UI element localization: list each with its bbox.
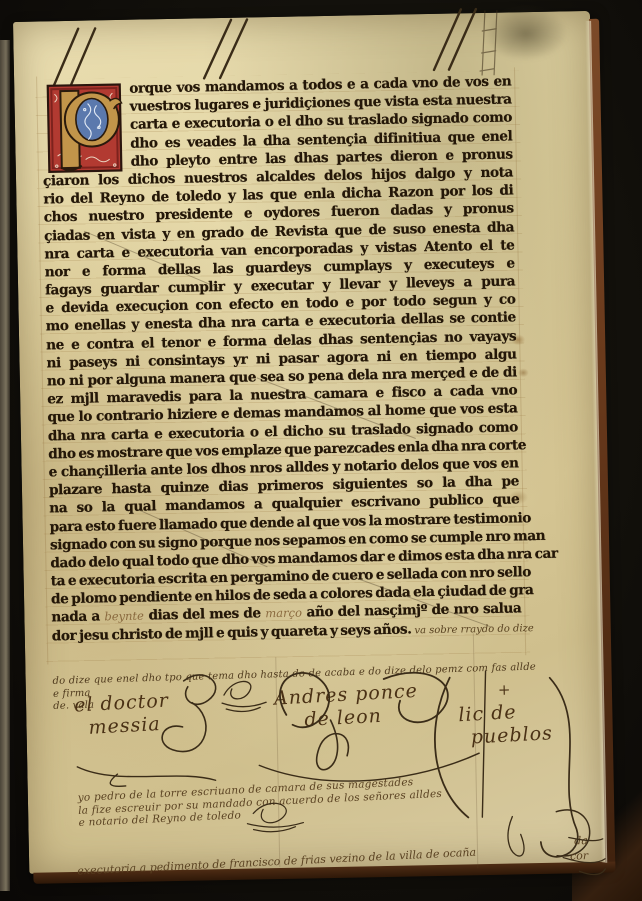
text-block: orque vos mandamos a todos e a cada vno … xyxy=(41,72,522,645)
ladder-mark xyxy=(479,11,498,75)
corner-mark-flourish xyxy=(549,827,610,888)
signature-doctor-messia: el doctor messia xyxy=(74,691,170,739)
notary-paraph xyxy=(243,794,314,835)
photo-backdrop: orque vos mandamos a todos e a cada vno … xyxy=(0,0,642,901)
manuscript-page: orque vos mandamos a todos e a cada vno … xyxy=(13,11,606,874)
book-left-edge xyxy=(0,40,10,891)
signature-rubric xyxy=(56,672,248,796)
signature-licenciado-pueblos: + lic de pueblos xyxy=(458,678,553,749)
signature-andres-ponce-de-leon: Andres ponce de leon xyxy=(274,682,419,731)
